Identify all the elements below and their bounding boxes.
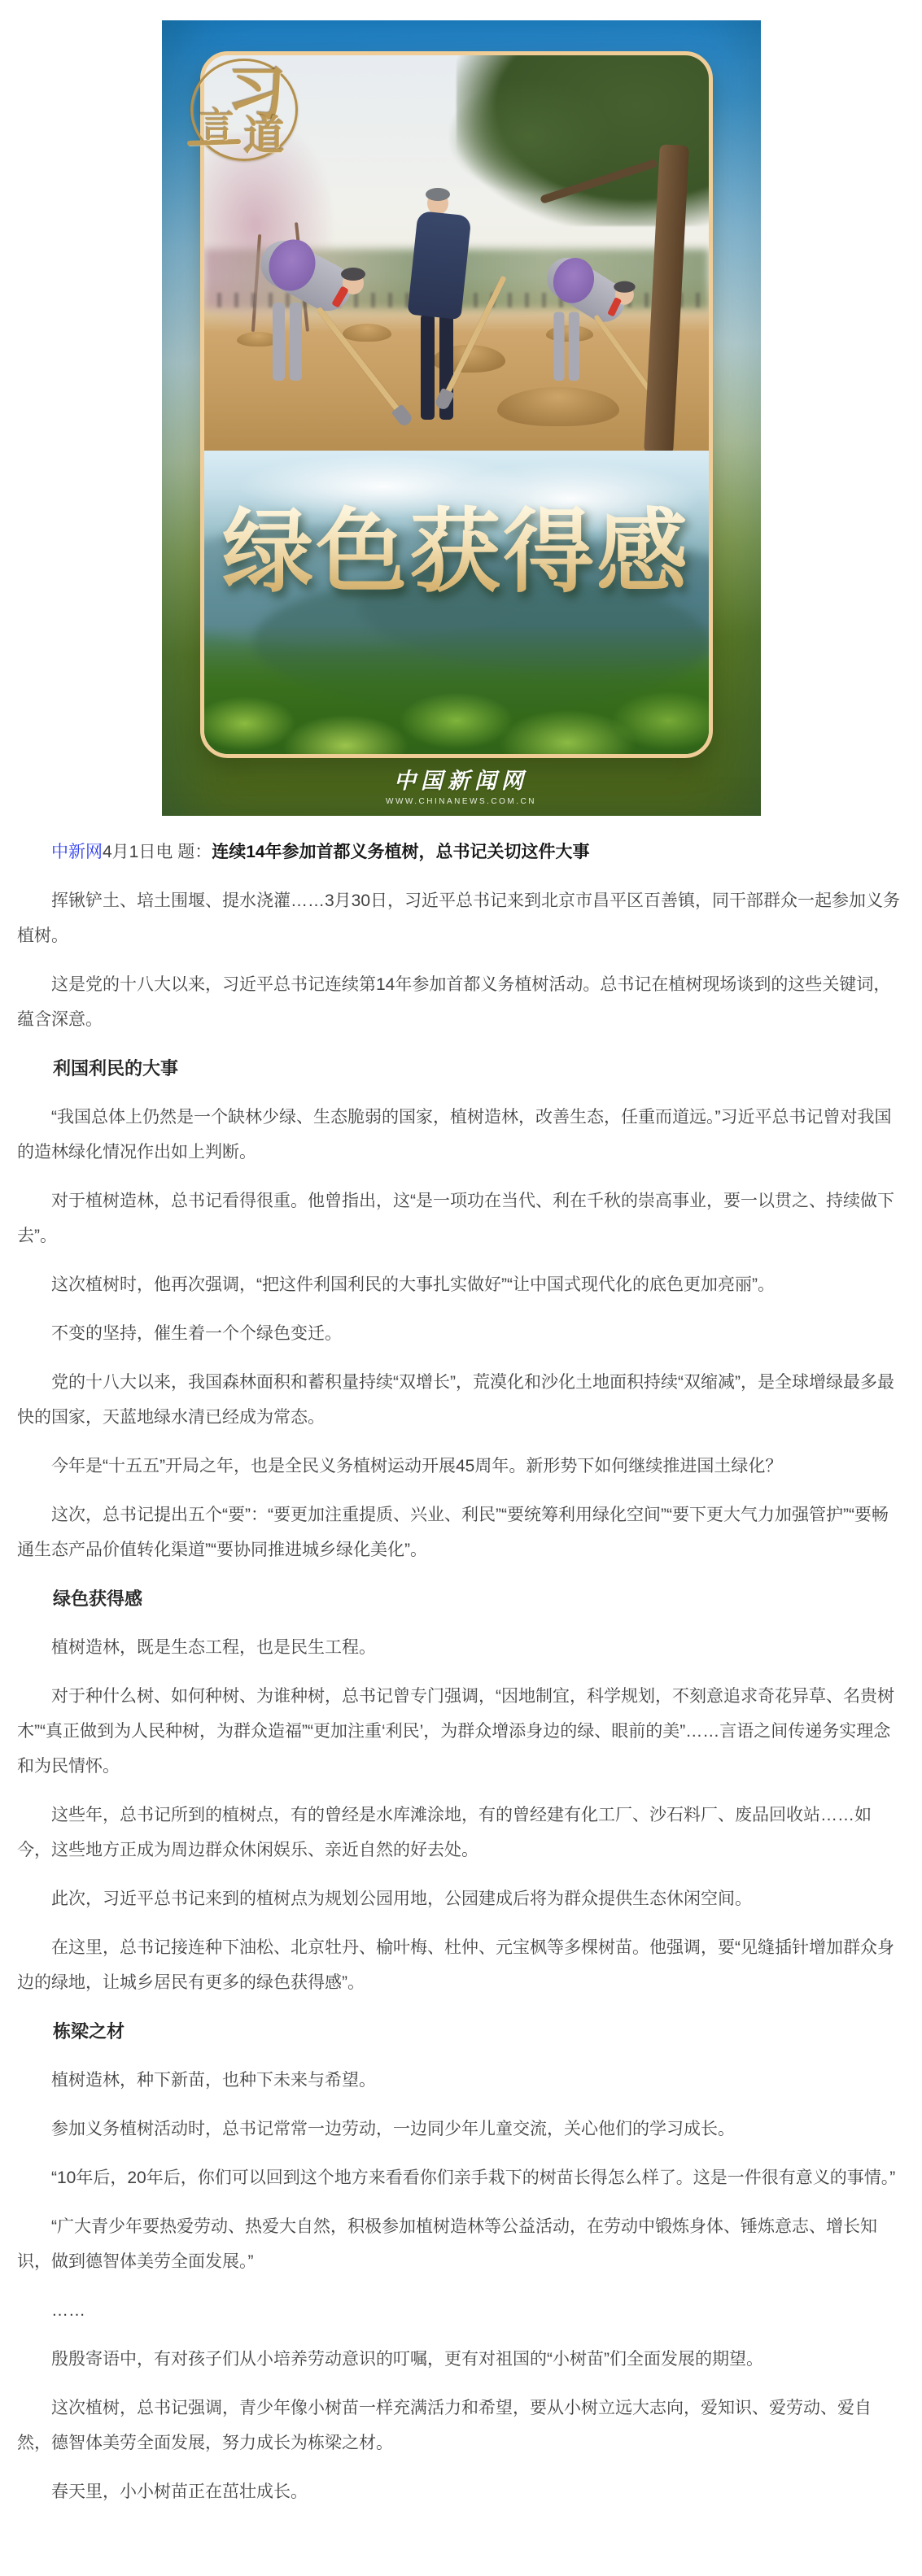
article-paragraph: 不变的坚持，催生着一个个绿色变迁。 xyxy=(17,1316,905,1351)
article-paragraph: 对于植树造林，总书记看得很重。他曾指出，这“是一项功在当代、利在千秋的崇高事业，… xyxy=(17,1183,905,1253)
article-paragraph: 这次植树，总书记强调，青少年像小树苗一样充满活力和希望，要从小树立远大志向，爱知… xyxy=(17,2391,905,2460)
article-paragraph: 这次，总书记提出五个“要”：“要更加注重提质、兴业、利民”“要统筹利用绿化空间”… xyxy=(17,1497,905,1567)
article-headline: 中新网4月1日电 题：连续14年参加首都义务植树，总书记关切这件大事 xyxy=(17,835,905,870)
central-figure xyxy=(409,192,474,436)
article-paragraph-list: 挥锹铲土、培土围堰、提水浇灌……3月30日，习近平总书记来到北京市昌平区百善镇，… xyxy=(17,883,905,2509)
article-paragraph: “我国总体上仍然是一个缺林少绿、生态脆弱的国家，植树造林，改善生态，任重而道远。… xyxy=(17,1100,905,1170)
figure-legs xyxy=(553,312,579,381)
xiyandao-seal-logo: 习 言 道 xyxy=(190,59,298,161)
article-paragraph: 这些年，总书记所到的植树点，有的曾经是水库滩涂地，有的曾经建有化工厂、沙石料厂、… xyxy=(17,1798,905,1868)
shovel-shape xyxy=(316,307,400,412)
article-paragraph: 在这里，总书记接连种下油松、北京牡丹、榆叶梅、杜仲、元宝枫等多棵树苗。他强调，要… xyxy=(17,1930,905,2000)
headline-title-text: 连续14年参加首都义务植树，总书记关切这件大事 xyxy=(212,843,589,861)
article-paragraph: “10年后，20年后，你们可以回到这个地方来看看你们亲手栽下的树苗长得怎么样了。… xyxy=(17,2160,905,2195)
article-paragraph: 党的十八大以来，我国森林面积和蓄积量持续“双增长”，荒漠化和沙化土地面积持续“双… xyxy=(17,1365,905,1435)
dirt-mound-shape xyxy=(497,387,619,426)
article-paragraph: “广大青少年要热爱劳动、热爱大自然，积极参加植树造林等公益活动，在劳动中锻炼身体… xyxy=(17,2209,905,2279)
article-paragraph: 这是党的十八大以来，习近平总书记连续第14年参加首都义务植树活动。总书记在植树现… xyxy=(17,967,905,1037)
article-paragraph: 植树造林，种下新苗，也种下未来与希望。 xyxy=(17,2063,905,2098)
article-paragraph: 这次植树时，他再次强调，“把这件利国利民的大事扎实做好”“让中国式现代化的底色更… xyxy=(17,1267,905,1302)
seal-char-yan: 言 xyxy=(200,109,234,143)
article-paragraph: 此次，习近平总书记来到的植树点为规划公园用地，公园建成后将为群众提供生态休闲空间… xyxy=(17,1881,905,1916)
poster-title-text: 绿色获得感 xyxy=(204,498,709,607)
seal-char-dao: 道 xyxy=(244,116,285,156)
article-paragraph: 春天里，小小树苗正在茁壮成长。 xyxy=(17,2474,905,2509)
dateline-text: 4月1日电 题： xyxy=(103,843,212,861)
article-paragraph: 参加义务植树活动时，总书记常常一边劳动，一边同少年儿童交流，关心他们的学习成长。 xyxy=(17,2112,905,2147)
article-paragraph: 殷殷寄语中，有对孩子们从小培养劳动意识的叮嘱，更有对祖国的“小树苗”们全面发展的… xyxy=(17,2342,905,2377)
watermark-logo-text: 中国新闻网 xyxy=(162,763,761,795)
pine-tree-canopy-shape xyxy=(448,80,611,194)
left-child-figure xyxy=(258,224,380,371)
forest-canopy-shape xyxy=(204,624,709,758)
forest-landscape-photo: 绿色获得感 xyxy=(204,451,709,758)
lead-poster-image: 绿色获得感 习 言 道 中国新闻网 WWW.CHINANEWS.COM.CN xyxy=(162,20,761,816)
source-link[interactable]: 中新网 xyxy=(51,843,103,861)
article-paragraph: 对于种什么树、如何种树、为谁种树，总书记曾专门强调，“因地制宜，科学规划，不刻意… xyxy=(17,1679,905,1784)
figure-hair xyxy=(341,268,365,281)
article-paragraph: 今年是“十五五”开局之年，也是全民义务植树运动开展45周年。新形势下如何继续推进… xyxy=(17,1449,905,1484)
article-paragraph: …… xyxy=(17,2293,905,2328)
figure-hair xyxy=(614,281,635,293)
article-page: 绿色获得感 习 言 道 中国新闻网 WWW.CHINANEWS.COM.CN 中… xyxy=(0,20,922,2576)
article-paragraph: 挥锹铲土、培土围堰、提水浇灌……3月30日，习近平总书记来到北京市昌平区百善镇，… xyxy=(17,883,905,953)
section-heading: 绿色获得感 xyxy=(17,1581,905,1616)
section-heading: 栋梁之材 xyxy=(17,2014,905,2049)
right-child-figure xyxy=(544,245,651,373)
watermark-url-text: WWW.CHINANEWS.COM.CN xyxy=(162,797,761,806)
figure-legs xyxy=(273,303,302,381)
chinanews-watermark: 中国新闻网 WWW.CHINANEWS.COM.CN xyxy=(162,763,761,806)
figure-jacket xyxy=(407,211,471,320)
article-body: 中新网4月1日电 题：连续14年参加首都义务植树，总书记关切这件大事 挥锹铲土、… xyxy=(0,816,922,2544)
section-heading: 利国利民的大事 xyxy=(17,1051,905,1086)
article-paragraph: 植树造林，既是生态工程，也是民生工程。 xyxy=(17,1630,905,1665)
figure-hair xyxy=(426,188,450,201)
